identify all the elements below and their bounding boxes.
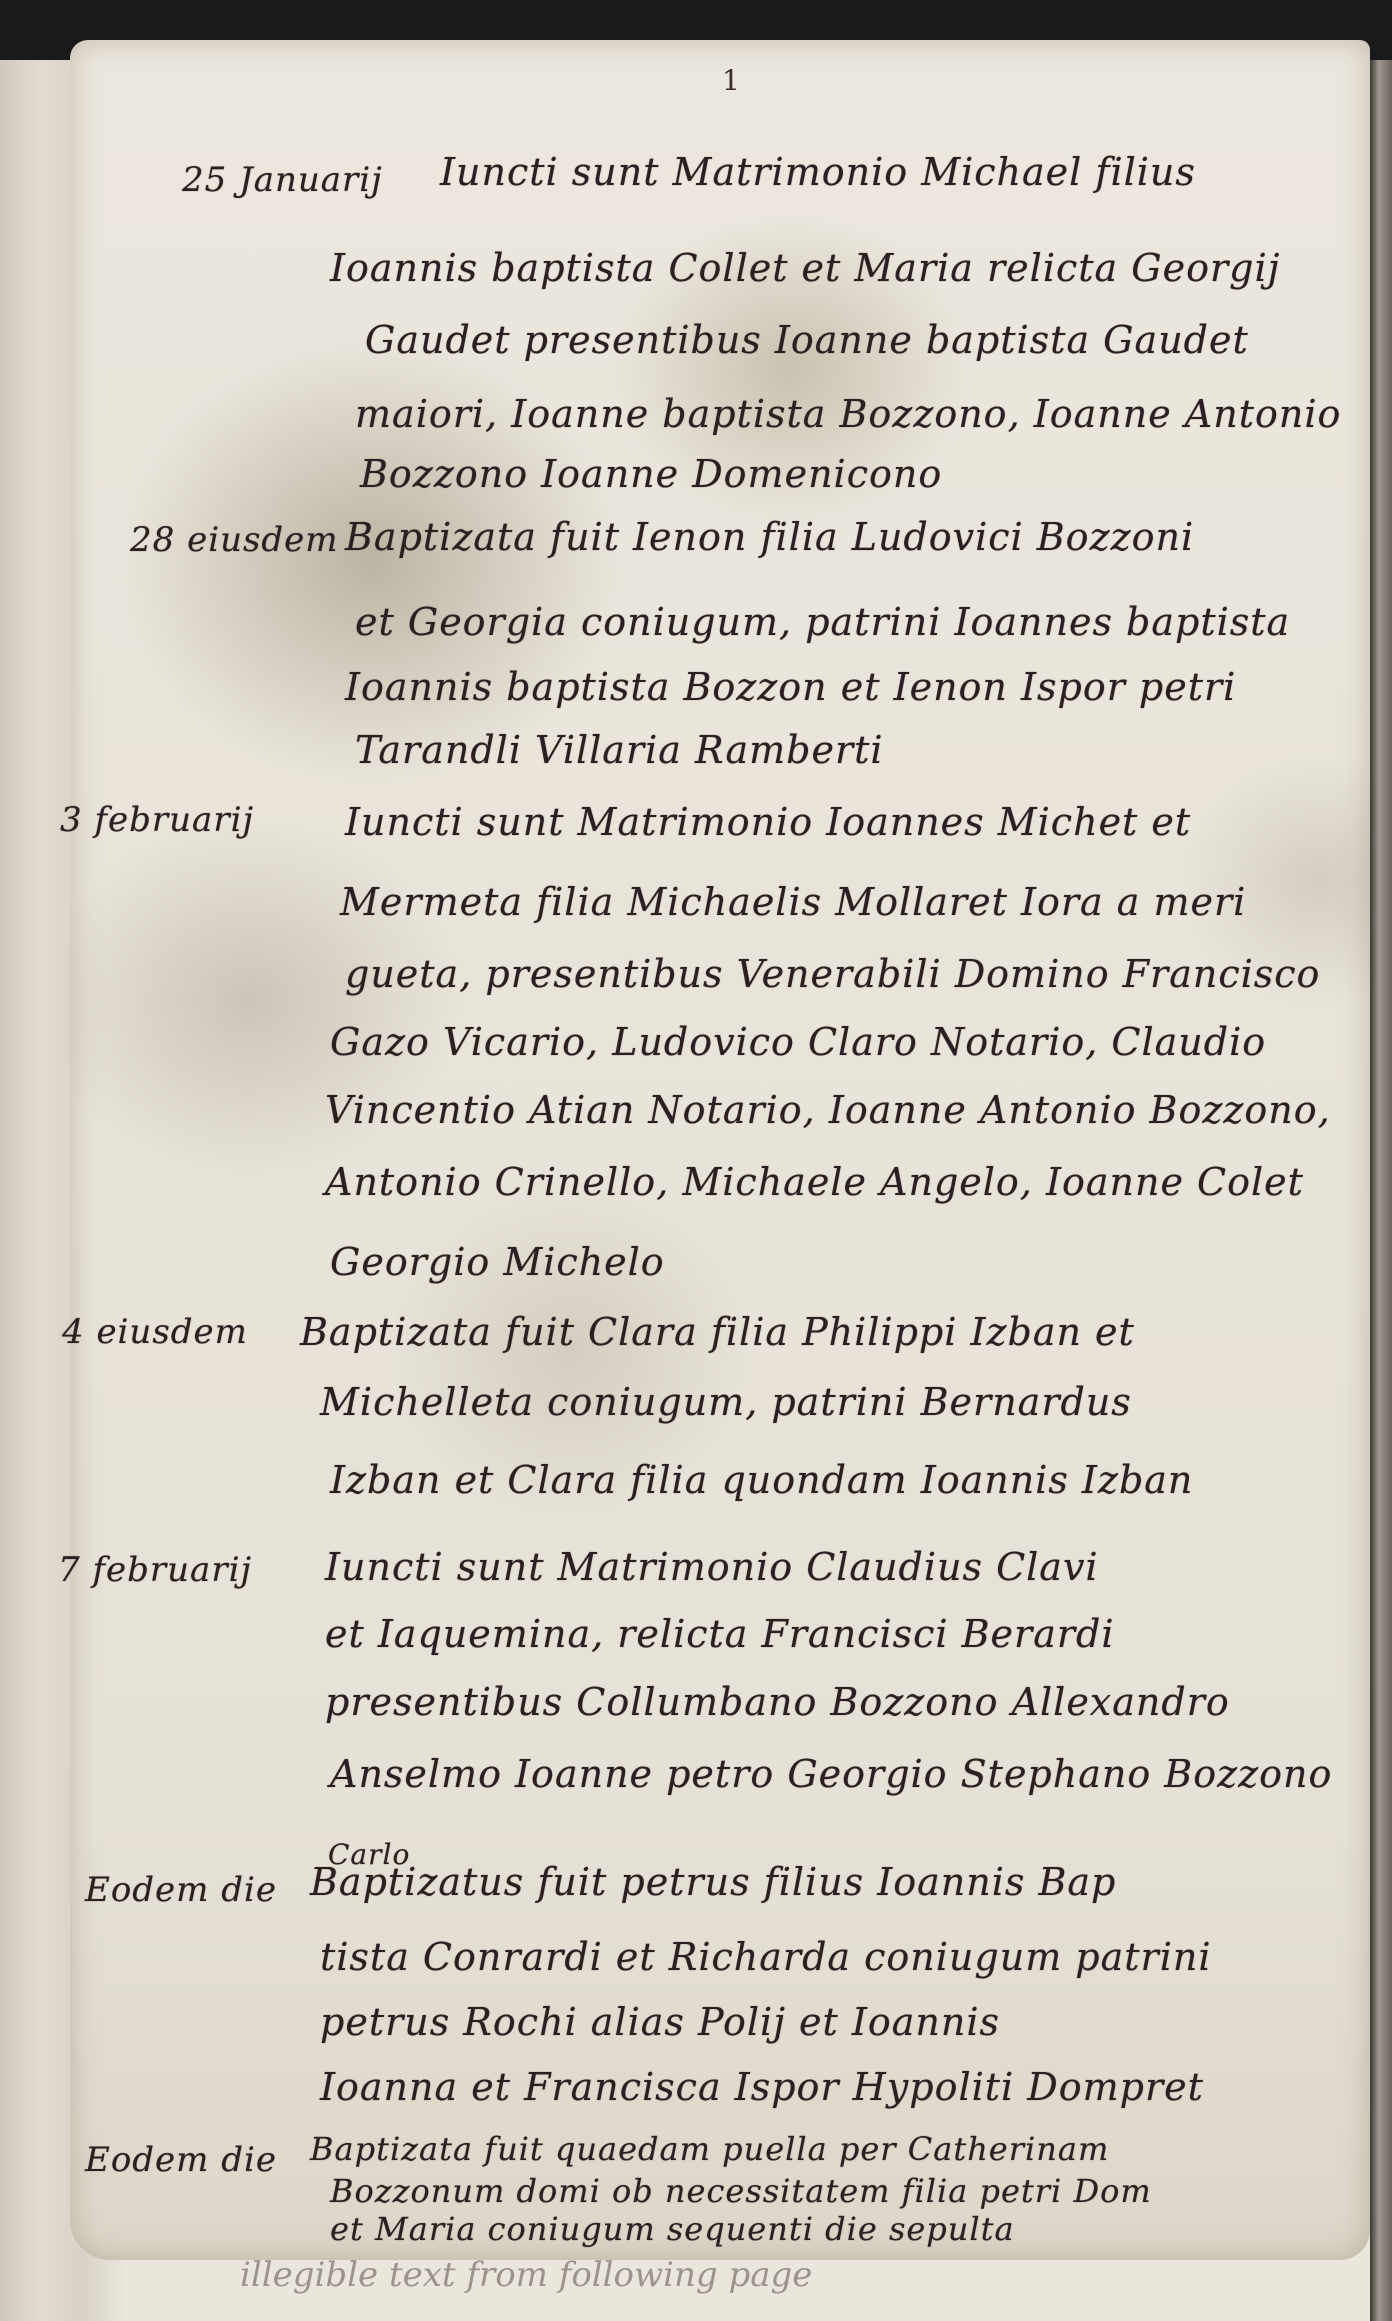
entry-line: Baptizata fuit quaedam puella per Cather… bbox=[310, 2130, 1109, 2168]
entry-line: Ioanna et Francisca Ispor Hypoliti Dompr… bbox=[320, 2065, 1204, 2109]
entry-line: Iuncti sunt Matrimonio Claudius Clavi bbox=[325, 1545, 1099, 1589]
entry-line: Ioannis baptista Bozzon et Ienon Ispor p… bbox=[345, 665, 1236, 709]
entry-line: et Georgia coniugum, patrini Ioannes bap… bbox=[355, 600, 1290, 644]
entry-line: maiori, Ioanne baptista Bozzono, Ioanne … bbox=[355, 392, 1341, 436]
entry-line: Gazo Vicario, Ludovico Claro Notario, Cl… bbox=[330, 1020, 1266, 1064]
manuscript-page bbox=[70, 40, 1370, 2260]
entry-line: Iuncti sunt Matrimonio Michael filius bbox=[440, 150, 1196, 194]
bleed-through-text: illegible text from following page bbox=[240, 2255, 812, 2295]
entry-line: petrus Rochi alias Polij et Ioannis bbox=[320, 2000, 1000, 2044]
entry-line: et Maria coniugum sequenti die sepulta bbox=[330, 2210, 1015, 2248]
entry-line: Baptizata fuit Ienon filia Ludovici Bozz… bbox=[345, 515, 1194, 559]
entry-date: 3 februarij bbox=[60, 800, 254, 840]
entry-line: Iuncti sunt Matrimonio Ioannes Michet et bbox=[345, 800, 1191, 844]
entry-date: 7 februarij bbox=[58, 1550, 252, 1590]
entry-line: Bozzono Ioanne Domenicono bbox=[360, 452, 942, 496]
entry-date: 28 eiusdem bbox=[130, 520, 339, 560]
entry-line: Georgio Michelo bbox=[330, 1240, 665, 1284]
entry-line: presentibus Collumbano Bozzono Allexandr… bbox=[325, 1680, 1230, 1724]
entry-line: tista Conrardi et Richarda coniugum patr… bbox=[320, 1935, 1212, 1979]
entry-line: Mermeta filia Michaelis Mollaret Iora a … bbox=[340, 880, 1246, 924]
entry-date: Eodem die bbox=[85, 1870, 277, 1910]
entry-line: Baptizatus fuit petrus filius Ioannis Ba… bbox=[310, 1860, 1116, 1904]
entry-line: et Iaquemina, relicta Francisci Berardi bbox=[325, 1612, 1115, 1656]
entry-date: Eodem die bbox=[85, 2140, 277, 2180]
entry-line: Tarandli Villaria Ramberti bbox=[355, 728, 884, 772]
entry-line: Gaudet presentibus Ioanne baptista Gaude… bbox=[365, 318, 1249, 362]
entry-date: 4 eiusdem bbox=[62, 1312, 248, 1352]
entry-date: 25 Januarij bbox=[182, 160, 383, 200]
entry-line: Antonio Crinello, Michaele Angelo, Ioann… bbox=[325, 1160, 1304, 1204]
entry-line: Michelleta coniugum, patrini Bernardus bbox=[320, 1380, 1132, 1424]
page-number: 1 bbox=[722, 64, 740, 97]
entry-line: Vincentio Atian Notario, Ioanne Antonio … bbox=[325, 1088, 1331, 1132]
entry-line: Izban et Clara filia quondam Ioannis Izb… bbox=[330, 1458, 1193, 1502]
entry-line: Ioannis baptista Collet et Maria relicta… bbox=[330, 246, 1280, 290]
entry-line: Baptizata fuit Clara filia Philippi Izba… bbox=[300, 1310, 1135, 1354]
entry-line: gueta, presentibus Venerabili Domino Fra… bbox=[345, 952, 1320, 996]
entry-line: Bozzonum domi ob necessitatem filia petr… bbox=[330, 2172, 1152, 2210]
book-spine-edge bbox=[1370, 60, 1392, 2321]
entry-line: Anselmo Ioanne petro Georgio Stephano Bo… bbox=[330, 1752, 1332, 1796]
